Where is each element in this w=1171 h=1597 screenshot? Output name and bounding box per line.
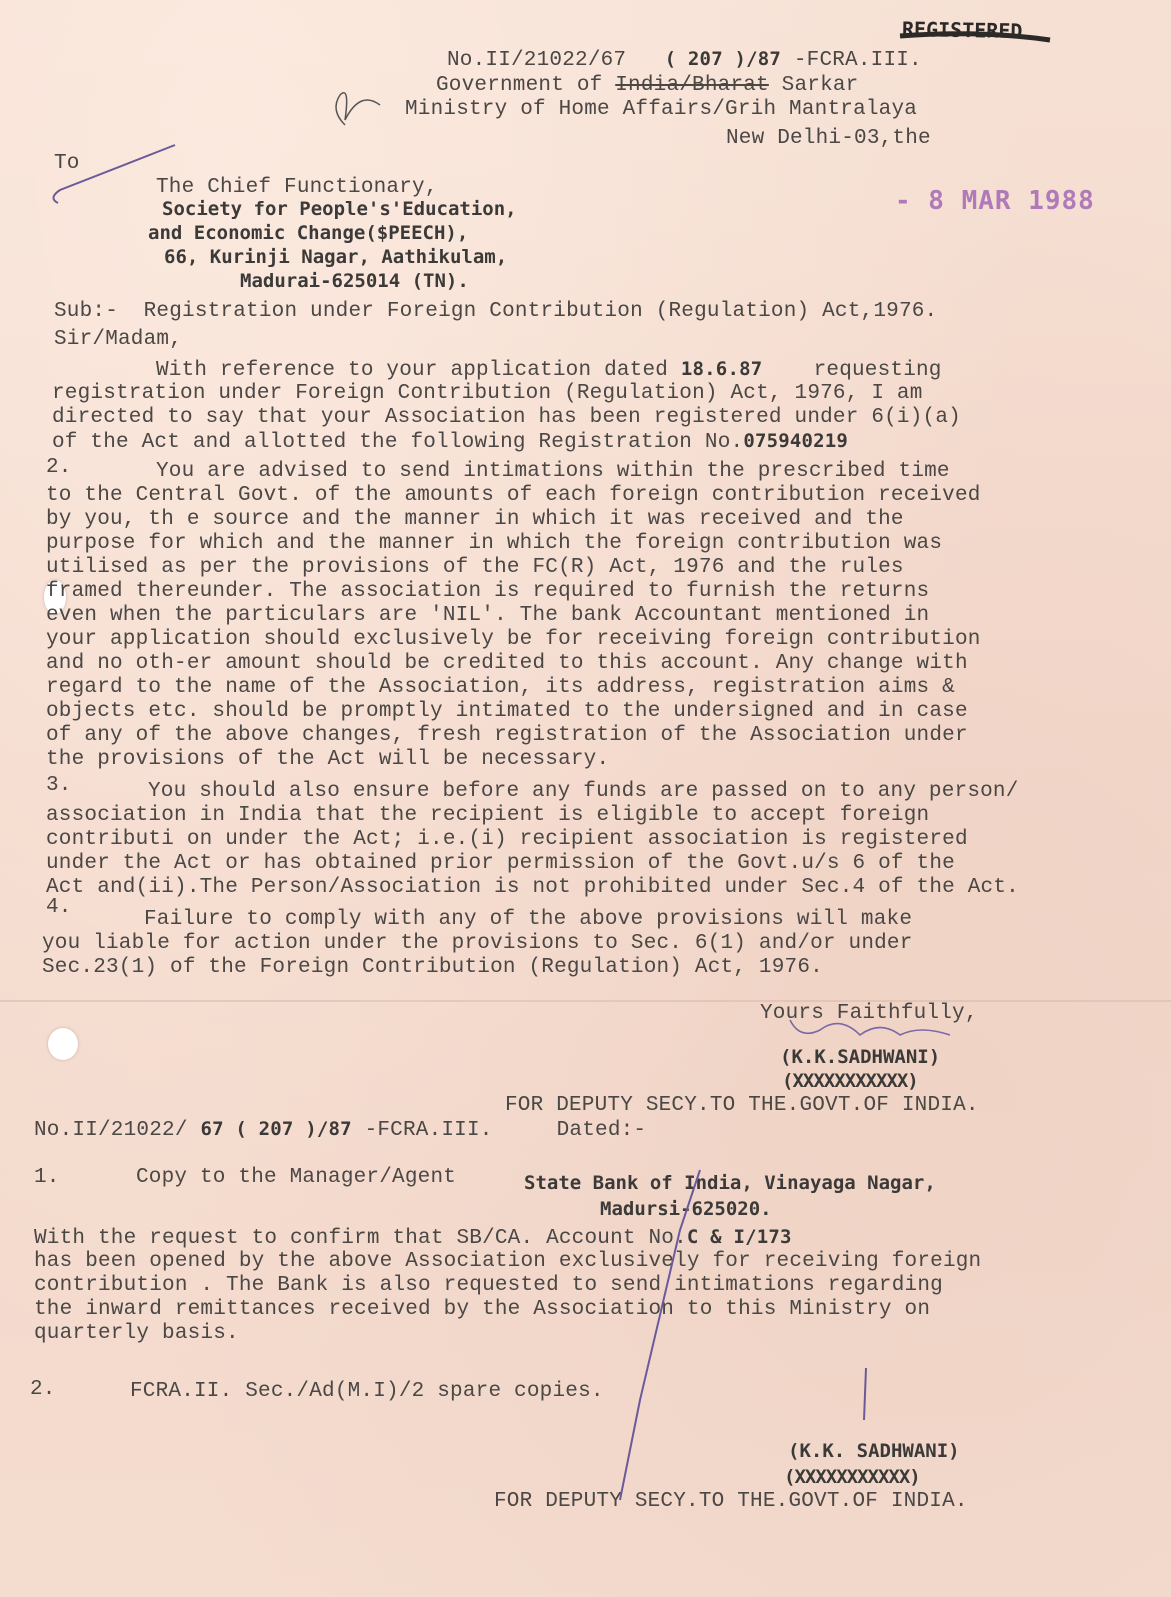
para2-line: purpose for which and the manner in whic… <box>46 532 942 555</box>
para3-line: You should also ensure before any funds … <box>148 780 1019 803</box>
registration-number: 075940219 <box>743 430 848 452</box>
para1-line: of the Act and allotted the following Re… <box>52 430 848 454</box>
addressee-line: 66, Kurinji Nagar, Aathikulam, <box>164 246 507 268</box>
para2-line: You are advised to send intimations with… <box>156 460 950 483</box>
para1-line: directed to say that your Association ha… <box>52 406 961 429</box>
request-line: With the request to confirm that SB/CA. … <box>34 1226 792 1250</box>
copy-item-number: 1. <box>34 1166 60 1189</box>
paper-fold-line <box>0 1000 1171 1002</box>
to-label: To <box>54 152 80 175</box>
pen-squiggle-icon <box>336 93 380 125</box>
addressee-line: Madurai-625014 (TN). <box>240 270 469 292</box>
application-date: 18.6.87 <box>681 358 762 380</box>
signatory-designation: FOR DEPUTY SECY.TO THE.GOVT.OF INDIA. <box>505 1094 979 1117</box>
dated-label: Dated:- <box>557 1119 647 1142</box>
subject-label: Sub:- <box>54 300 118 323</box>
account-number: C & I/173 <box>687 1226 792 1248</box>
government-line: Government of India/Bharat Sarkar <box>436 74 858 97</box>
para2-line: your application should exclusively be f… <box>46 628 981 651</box>
request-line: has been opened by the above Association… <box>34 1250 981 1273</box>
para2-line: and no oth-er amount should be credited … <box>46 652 968 675</box>
place-line: New Delhi-03,the <box>726 127 931 150</box>
date-stamp: - 8 MAR 1988 <box>895 186 1095 216</box>
request-line: contribution . The Bank is also requeste… <box>34 1274 943 1297</box>
para2-line: objects etc. should be promptly intimate… <box>46 700 968 723</box>
closing: Yours Faithfully, <box>760 1002 978 1025</box>
reference-number: No.II/21022/67 ( 207 )/87 -FCRA.III. <box>447 48 922 72</box>
para3-line: Act and(ii).The Person/Association is no… <box>46 876 1019 899</box>
para2-line: to the Central Govt. of the amounts of e… <box>46 484 981 507</box>
reference-serial: ( 207 )/87 <box>665 48 781 70</box>
para3-line: contributi on under the Act; i.e.(i) rec… <box>46 828 968 851</box>
signatory-name: (K.K.SADHWANI) <box>780 1046 940 1068</box>
signatory-name: (K.K. SADHWANI) <box>788 1440 960 1462</box>
para4-line: you liable for action under the provisio… <box>42 932 913 955</box>
copy-item-number: 2. <box>30 1378 56 1401</box>
para4-line: Failure to comply with any of the above … <box>144 908 912 931</box>
para2-line: even when the particulars are 'NIL'. The… <box>46 604 929 627</box>
para2-line: the provisions of the Act will be necess… <box>46 748 609 771</box>
pen-stroke-icon <box>864 1368 866 1420</box>
subject-line: Sub:- Registration under Foreign Contrib… <box>54 300 937 323</box>
copy-reference-serial: 67 ( 207 )/87 <box>200 1118 351 1140</box>
struck-designation: (XXXXXXXXXXX) <box>782 1070 918 1092</box>
para2-line: utilised as per the provisions of the FC… <box>46 556 904 579</box>
struck-designation: (XXXXXXXXXXX) <box>784 1466 920 1488</box>
request-line: the inward remittances received by the A… <box>34 1298 930 1321</box>
bank-address-line: Madursi-625020. <box>600 1198 772 1220</box>
reference-prefix: No.II/21022/67 <box>447 49 626 72</box>
para1-line: registration under Foreign Contribution … <box>52 382 923 405</box>
ministry-line: Ministry of Home Affairs/Grih Mantralaya <box>405 98 917 121</box>
addressee-line: The Chief Functionary, <box>156 176 438 199</box>
bank-address-line: State Bank of India, Vinayaga Nagar, <box>524 1172 936 1194</box>
para2-line: framed thereunder. The association is re… <box>46 580 929 603</box>
para2-line: by you, th e source and the manner in wh… <box>46 508 904 531</box>
para2-number: 2. <box>46 456 72 479</box>
subject-text: Registration under Foreign Contribution … <box>144 300 938 323</box>
copy-reference: No.II/21022/ 67 ( 207 )/87 -FCRA.III. Da… <box>34 1118 646 1142</box>
para3-line: association in India that the recipient … <box>46 804 929 827</box>
salutation: Sir/Madam, <box>54 328 182 351</box>
para4-number: 4. <box>46 896 72 919</box>
copy-item-text: Copy to the Manager/Agent <box>136 1166 456 1189</box>
para1-line: With reference to your application dated… <box>156 358 942 382</box>
para3-number: 3. <box>46 774 72 797</box>
para2-line: of any of the above changes, fresh regis… <box>46 724 968 747</box>
punch-hole <box>48 1028 78 1060</box>
para4-line: Sec.23(1) of the Foreign Contribution (R… <box>42 956 823 979</box>
signatory-designation: FOR DEPUTY SECY.TO THE.GOVT.OF INDIA. <box>494 1490 968 1513</box>
para2-line: regard to the name of the Association, i… <box>46 676 955 699</box>
copy-item-text: FCRA.II. Sec./Ad(M.I)/2 spare copies. <box>130 1380 604 1403</box>
registered-stamp: REGISTERED <box>902 17 1023 43</box>
addressee-line: Society for People's'Education, <box>162 198 517 220</box>
para3-line: under the Act or has obtained prior perm… <box>46 852 955 875</box>
struck-text: India/Bharat <box>615 74 769 97</box>
addressee-line: and Economic Change($PEECH), <box>148 222 468 244</box>
request-line: quarterly basis. <box>34 1322 239 1345</box>
reference-suffix: -FCRA.III. <box>794 49 922 72</box>
